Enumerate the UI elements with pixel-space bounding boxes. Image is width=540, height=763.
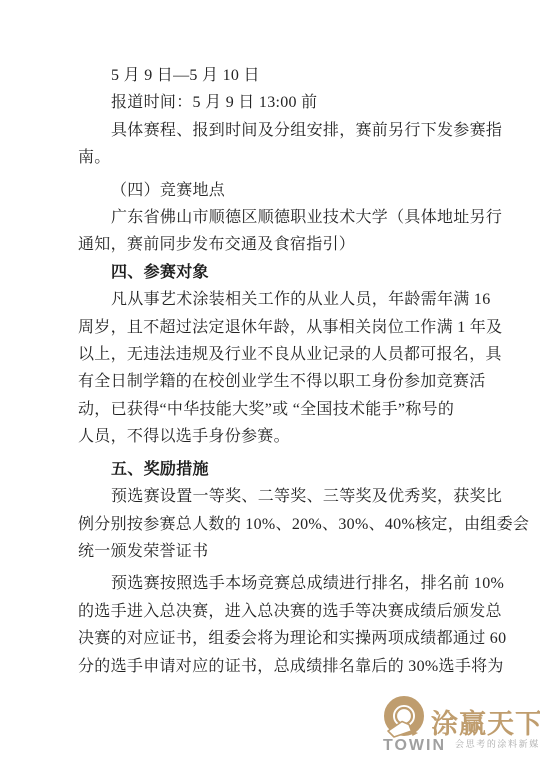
- doc-line: 具体赛程、报到时间及分组安排，赛前另行下发参赛指: [78, 117, 493, 144]
- doc-line: 以上，无违法违规及行业不良从业记录的人员都可报名，具: [78, 341, 493, 368]
- brand-row: TOWIN会思考的涂料新媒体: [383, 737, 540, 755]
- doc-line: （四）竞赛地点: [78, 177, 493, 204]
- doc-line: 预选赛按照选手本场竞赛总成绩进行排名，排名前 10%: [78, 570, 493, 597]
- doc-line: 5 月 9 日—5 月 10 日: [78, 62, 493, 89]
- doc-line: 预选赛设置一等奖、二等奖、三等奖及优秀奖，获奖比: [78, 483, 493, 510]
- doc-line: 决赛的对应证书，组委会将为理论和实操两项成绩都通过 60: [78, 625, 493, 652]
- towin-logo: 涂赢天下 TOWIN会思考的涂料新媒体: [381, 693, 540, 761]
- document-page: 5 月 9 日—5 月 10 日 报道时间：5 月 9 日 13:00 前 具体…: [0, 0, 540, 763]
- document-body: 5 月 9 日—5 月 10 日 报道时间：5 月 9 日 13:00 前 具体…: [78, 62, 493, 680]
- doc-line: 统一颁发荣誉证书: [78, 538, 493, 565]
- section-heading: 四、参赛对象: [78, 259, 493, 286]
- doc-line: 人员，不得以选手身份参赛。: [78, 423, 493, 450]
- doc-line: 报道时间：5 月 9 日 13:00 前: [78, 89, 493, 116]
- doc-line: 有全日制学籍的在校创业学生不得以职工身份参加竞赛活: [78, 368, 493, 395]
- brand-tagline: 会思考的涂料新媒体: [455, 739, 540, 749]
- doc-line: 的选手进入总决赛，进入总决赛的选手等决赛成绩后颁发总: [78, 598, 493, 625]
- doc-line: 动，已获得“中华技能大奖”或 “全国技术能手”称号的: [78, 396, 493, 423]
- doc-line: 周岁，且不超过法定退休年龄，从事相关岗位工作满 1 年及: [78, 314, 493, 341]
- doc-line: 通知，赛前同步发布交通及食宿指引）: [78, 231, 493, 258]
- doc-line: 例分别按参赛总人数的 10%、20%、30%、40%核定，由组委会: [78, 511, 493, 538]
- towin-brush-circle-icon: [381, 695, 429, 743]
- brand-name-en: TOWIN: [383, 737, 446, 754]
- brand-name-cn: 涂赢天下: [431, 702, 540, 741]
- section-heading: 五、奖励措施: [78, 456, 493, 483]
- doc-line: 南。: [78, 144, 493, 171]
- doc-line: 广东省佛山市顺德区顺德职业技术大学（具体地址另行: [78, 204, 493, 231]
- doc-line: 分的选手申请对应的证书，总成绩排名靠后的 30%选手将为: [78, 653, 493, 680]
- doc-line: 凡从事艺术涂装相关工作的从业人员，年龄需年满 16: [78, 286, 493, 313]
